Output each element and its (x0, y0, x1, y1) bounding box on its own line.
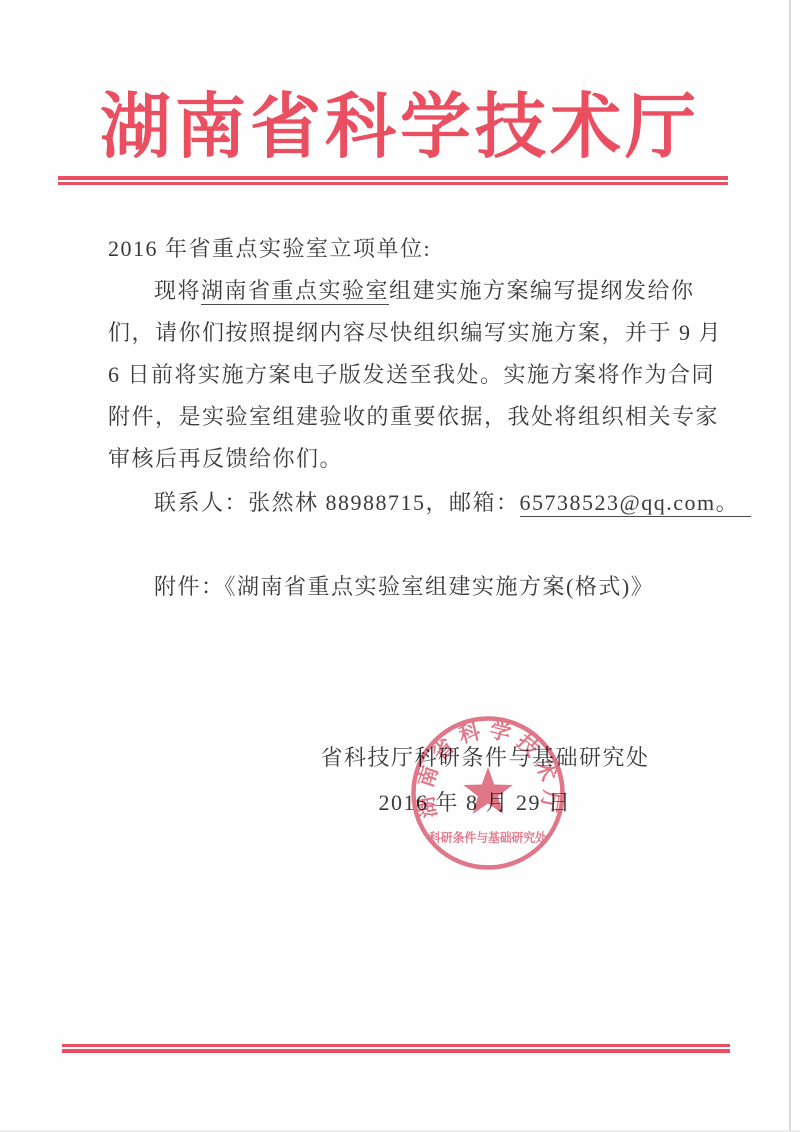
seal-star-icon (463, 767, 512, 814)
body-text-segment: 现将 (154, 278, 201, 303)
letterhead-divider (58, 176, 728, 185)
footer-divider (62, 1044, 730, 1053)
salutation-line: 2016 年省重点实验室立项单位: (108, 236, 728, 262)
letterhead-title: 湖南省科学技术厅 (0, 84, 800, 173)
divider-line-thick (62, 1049, 730, 1053)
contact-email-underlined: 65738523@qq.com。 (520, 490, 752, 517)
contact-label: 联系人：张然林 88988715，邮箱： (154, 490, 520, 515)
divider-line-thin (58, 182, 728, 185)
official-seal: 湖南省科学技术厅 科研条件与基础研究处 (406, 711, 570, 875)
body-line: 们，请你们按照提纲内容尽快组织编写实施方案，并于 9 月 (108, 320, 728, 346)
contact-line: 联系人：张然林 88988715，邮箱：65738523@qq.com。 (108, 490, 728, 516)
body-line: 现将湖南省重点实验室组建实施方案编写提纲发给你 (108, 278, 728, 304)
scanned-letter-page: 湖南省科学技术厅 2016 年省重点实验室立项单位: 现将湖南省重点实验室组建实… (0, 0, 800, 1132)
underlined-text-segment: 湖南省重点实验室 (201, 278, 389, 305)
body-line: 6 日前将实施方案电子版发送至我处。实施方案将作为合同 (108, 362, 728, 388)
attachment-line: 附件：《湖南省重点实验室组建实施方案(格式)》 (108, 574, 728, 600)
body-line: 附件，是实验室组建验收的重要依据，我处将组织相关专家 (108, 404, 728, 430)
page-edge-shadow-right (789, 0, 791, 1132)
body-text-segment: 组建实施方案编写提纲发给你 (389, 278, 695, 303)
body-line: 审核后再反馈给你们。 (108, 446, 728, 472)
seal-bottom-text: 科研条件与基础研究处 (428, 830, 547, 845)
